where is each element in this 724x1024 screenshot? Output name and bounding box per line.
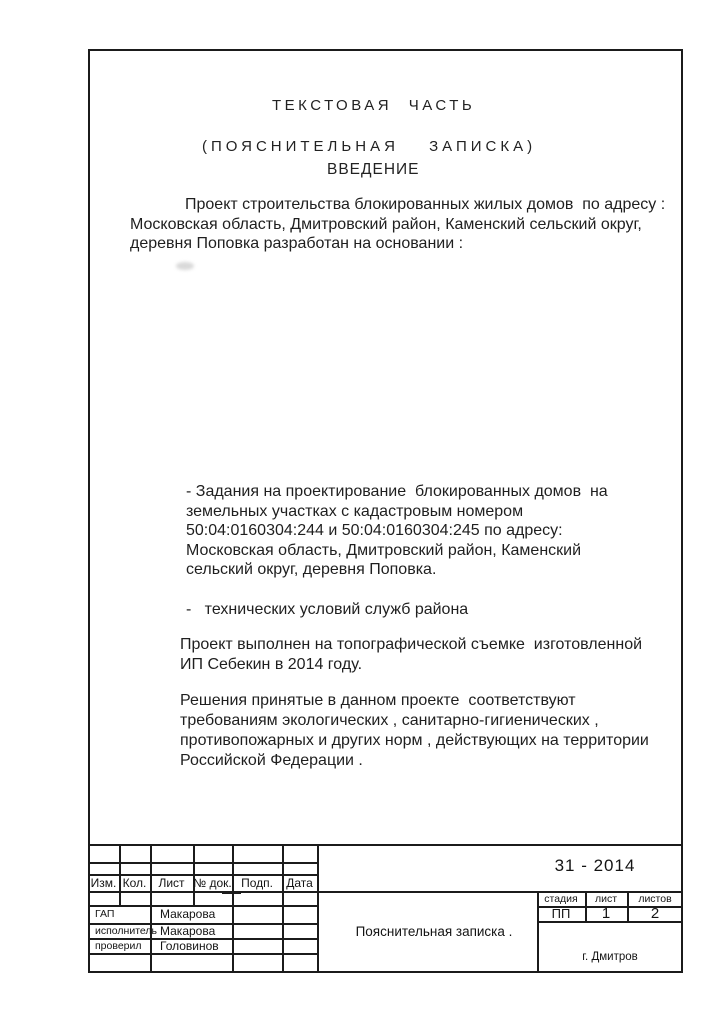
role-name-proveril: Головинов	[150, 938, 232, 953]
document-number: 31 - 2014	[515, 856, 675, 876]
scan-smudge-artifact	[176, 262, 194, 270]
basis-item-technical-conditions: - технических условий служб района	[186, 600, 468, 620]
stage-value-cell: ПП	[537, 906, 585, 921]
titleblock-vline	[232, 844, 234, 972]
section-heading-introduction: ВВЕДЕНИЕ	[327, 161, 420, 179]
role-name-gap: Макарова	[150, 905, 232, 923]
role-label-proveril: проверил	[88, 938, 150, 953]
solutions-compliance-paragraph: Решения принятые в данном проекте соотве…	[180, 691, 649, 771]
column-header-izm: Изм.	[88, 874, 119, 892]
doc-title-heading: ТЕКСТОВАЯ ЧАСТЬ	[272, 97, 475, 114]
column-header-ndok: № док.	[193, 874, 232, 892]
doc-subtitle-heading: (ПОЯСНИТЕЛЬНАЯ ЗАПИСКА)	[202, 138, 536, 155]
document-title-cell: Пояснительная записка .	[317, 892, 537, 971]
role-name-ispolnitel: Макарова	[150, 923, 232, 938]
column-header-kol: Кол.	[119, 874, 150, 892]
column-header-list: Лист	[150, 874, 193, 892]
column-header-data: Дата	[282, 874, 317, 892]
sheet-value-cell: 1	[585, 906, 627, 921]
topographic-survey-paragraph: Проект выполнен на топографической съемк…	[180, 635, 642, 675]
handwritten-dash-mark	[222, 892, 241, 894]
column-header-podp: Подп.	[232, 874, 282, 892]
city-label: г. Дмитров	[560, 951, 660, 963]
intro-paragraph: Проект строительства блокированных жилых…	[130, 195, 665, 254]
titleblock-top-line	[88, 844, 683, 846]
sheets-value-cell: 2	[627, 906, 683, 921]
role-label-ispolnitel: исполнитель	[88, 923, 150, 938]
scanned-document-page: { "heading": { "title": "ТЕКСТОВАЯ ЧАСТЬ…	[0, 0, 724, 1024]
titleblock-vline	[282, 844, 284, 972]
sheets-label-cell: листов	[627, 891, 683, 906]
sheet-label-cell: лист	[585, 891, 627, 906]
stage-label-cell: стадия	[537, 891, 585, 906]
basis-item-design-tasks: - Задания на проектирование блокированны…	[186, 482, 608, 580]
role-label-gap: ГАП	[88, 905, 150, 923]
